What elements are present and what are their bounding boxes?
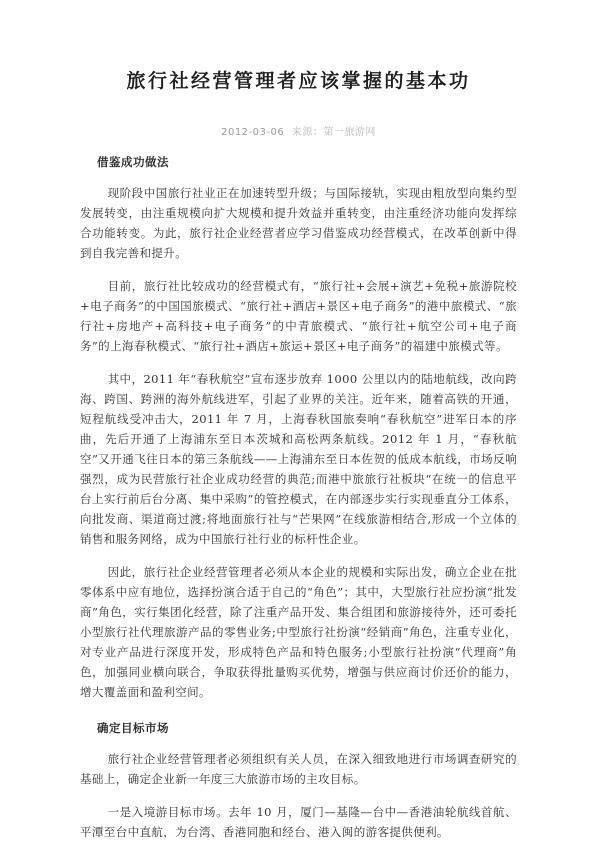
paragraph-market-research: 旅行社企业经营管理者必须组织有关人员，在深入细致地进行市场调查研究的基础上，确定… [80, 749, 517, 789]
section-heading-success-practices: 借鉴成功做法 [80, 154, 517, 170]
paragraph-role-positioning: 因此，旅行社企业经营管理者必须从本企业的规模和实际出发，确立企业在批零体系中应有… [80, 562, 517, 702]
document-page: 旅行社经营管理者应该掌握的基本功 2012-03-06 来源：第一旅游网 借鉴成… [0, 0, 595, 842]
paragraph-business-models: 目前，旅行社比较成功的经营模式有，“旅行社+会展+演艺+免税+旅游院校+电子商务… [80, 276, 517, 356]
paragraph-spring-airlines-case: 其中，2011 年“春秋航空”宣布逐步放弃 1000 公里以内的陆地航线，改向跨… [80, 369, 517, 549]
article-date: 2012-03-06 [221, 127, 284, 138]
article-meta: 2012-03-06 来源：第一旅游网 [80, 123, 517, 138]
article-source: 来源：第一旅游网 [292, 127, 376, 138]
paragraph-transition-upgrade: 现阶段中国旅行社业正在加速转型升级；与国际接轨，实现由粗放型向集约型发展转变，由… [80, 183, 517, 263]
page-title: 旅行社经营管理者应该掌握的基本功 [80, 66, 517, 93]
paragraph-inbound-market: 一是入境游目标市场。去年 10 月，厦门—基隆—台中—香港油轮航线首航、平潭至台… [80, 802, 517, 842]
section-heading-target-market: 确定目标市场 [80, 720, 517, 736]
